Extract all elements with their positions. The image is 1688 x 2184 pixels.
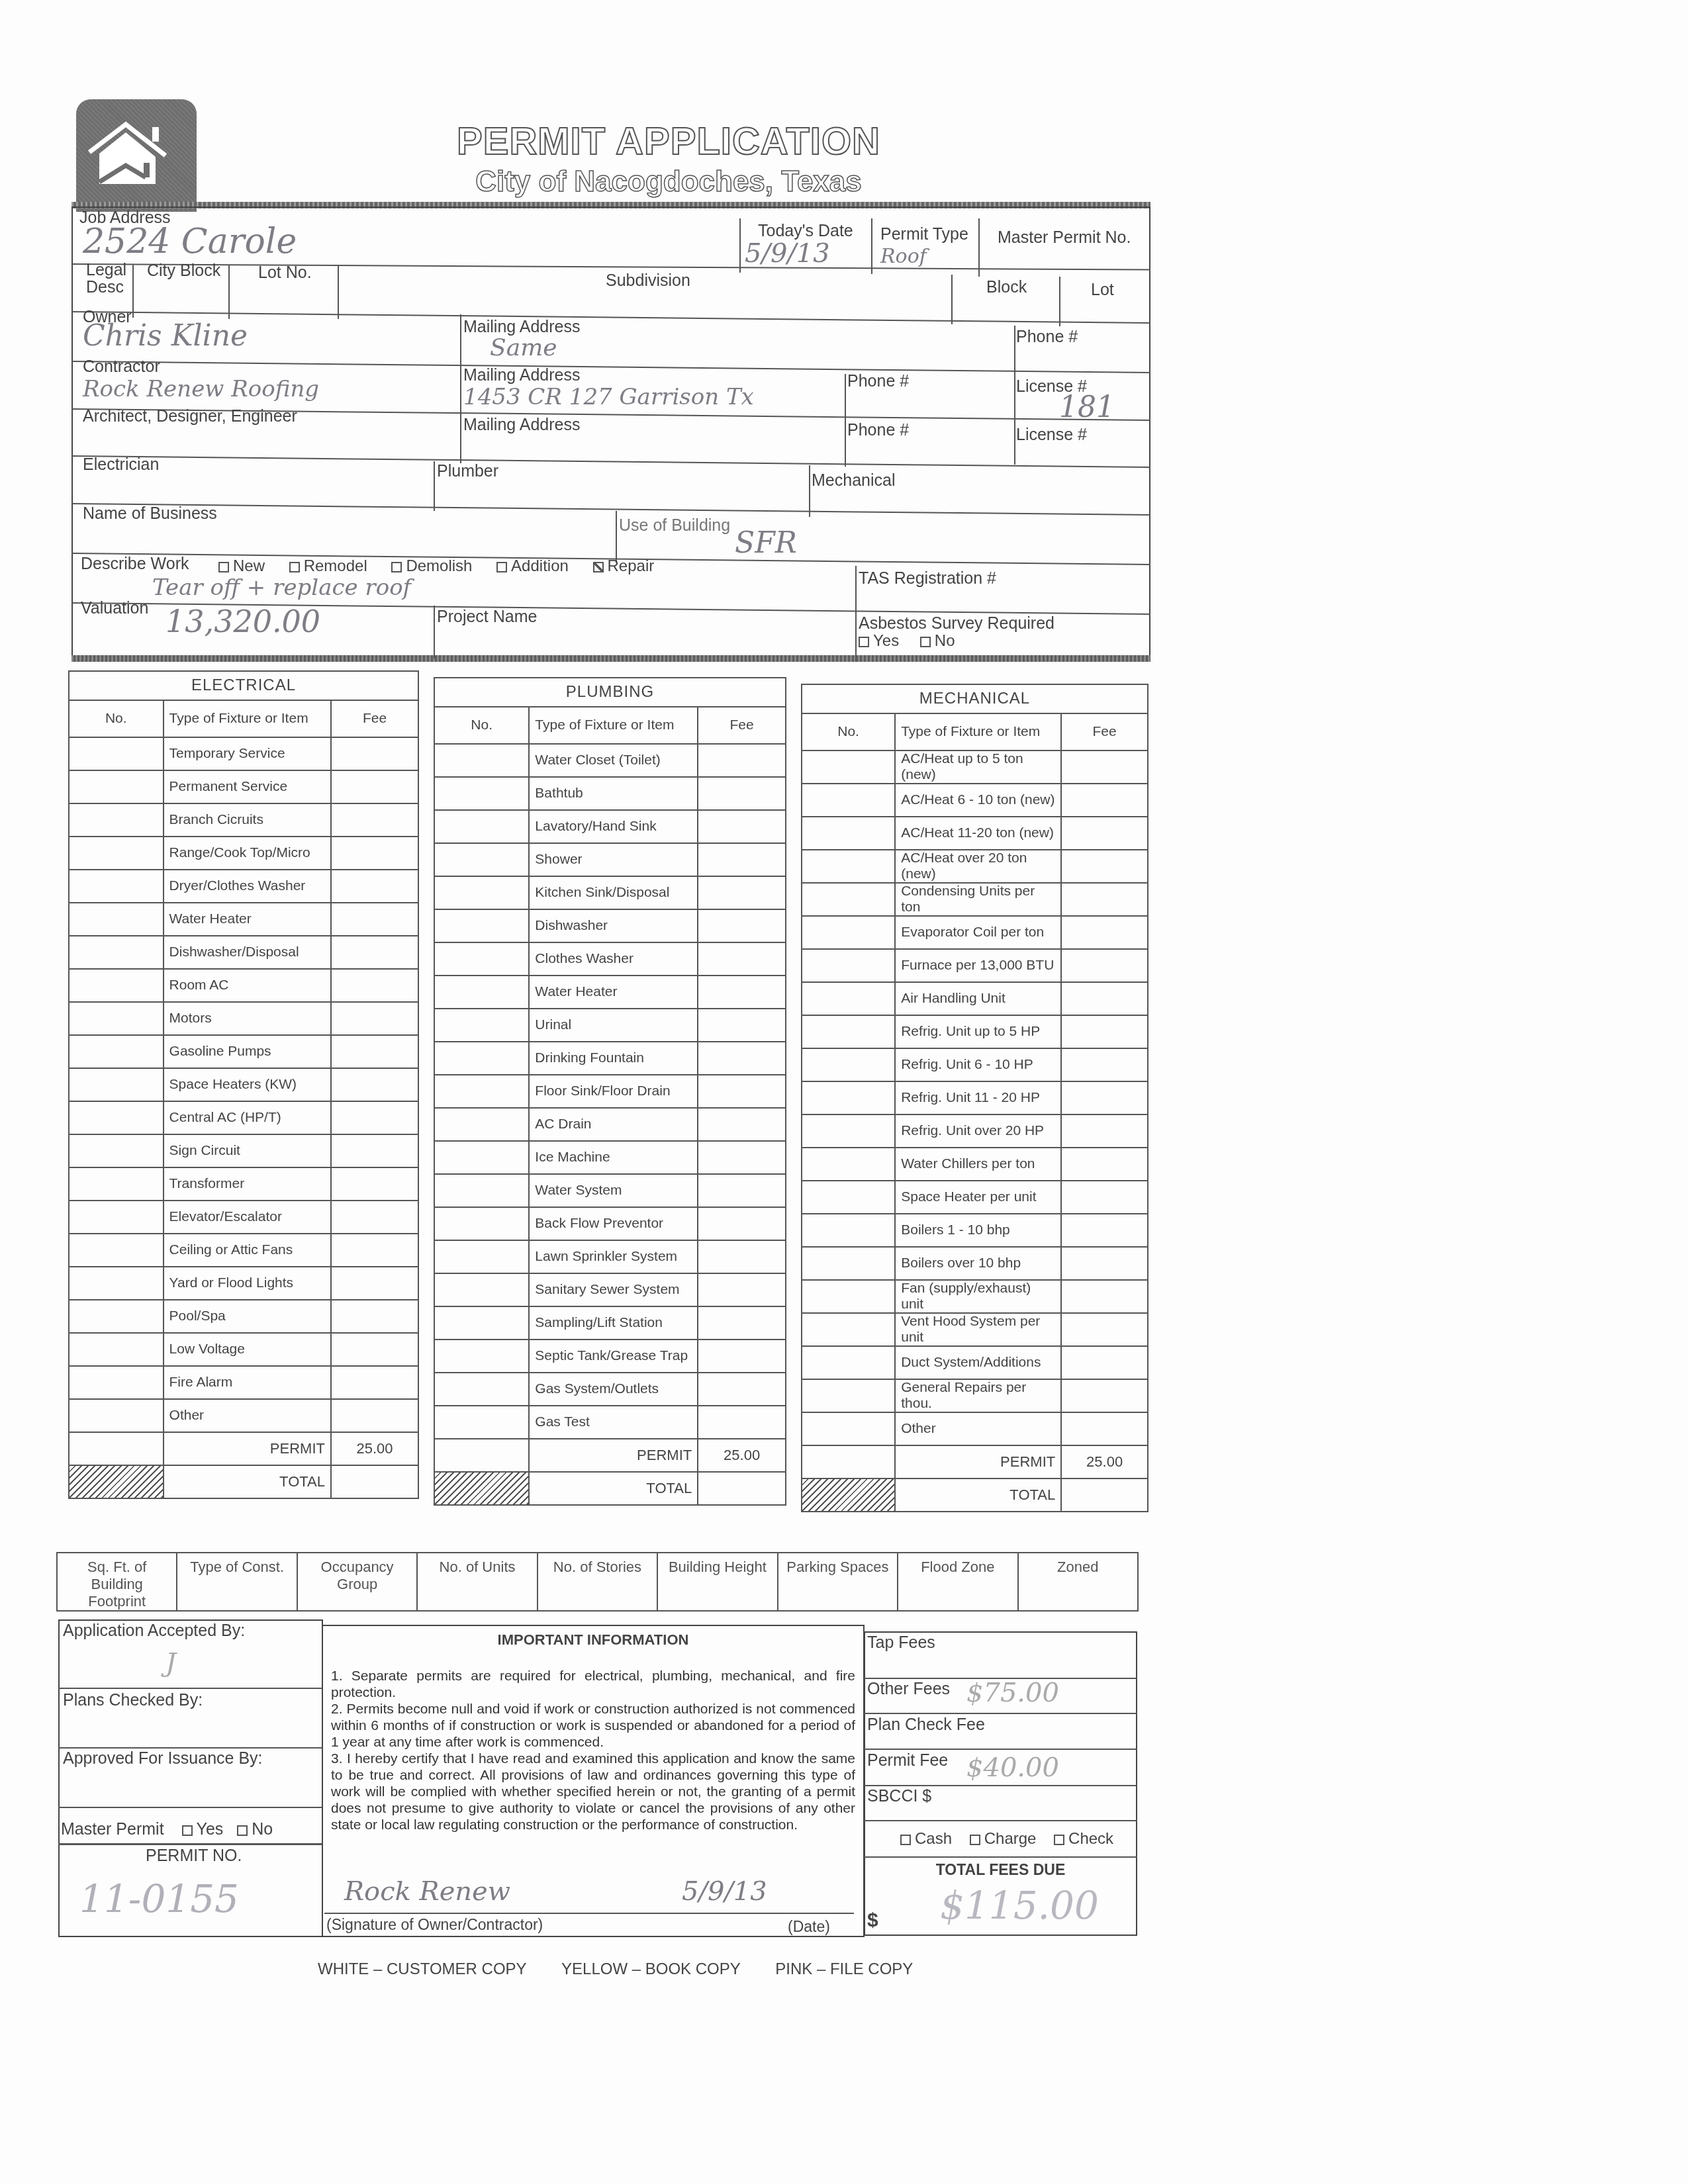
checkbox-icon xyxy=(1054,1835,1064,1845)
fixture-row: Sign Circuit xyxy=(69,1134,418,1167)
fixture-fee-field[interactable] xyxy=(698,1340,786,1373)
fixture-fee-field[interactable] xyxy=(698,1009,786,1042)
fixture-item-label: Condensing Units per ton xyxy=(895,883,1061,916)
master-permit-no-field[interactable] xyxy=(980,232,1145,271)
col-type-header: Type of Fixture or Item xyxy=(895,713,1061,751)
fixture-quantity-field[interactable] xyxy=(434,744,529,777)
fixture-fee-field[interactable] xyxy=(1061,817,1148,850)
fixture-item-label: Other xyxy=(895,1412,1061,1445)
fixture-item-label: Range/Cook Top/Micro xyxy=(164,837,331,870)
fixture-fee-field[interactable] xyxy=(698,1141,786,1174)
fixture-item-label: Branch Cicruits xyxy=(164,803,331,837)
fixture-fee-field[interactable] xyxy=(698,744,786,777)
valuation-field[interactable]: 13,320.00 xyxy=(165,604,320,639)
fixture-quantity-field[interactable] xyxy=(802,1247,895,1280)
permit-label: PERMIT xyxy=(164,1432,331,1465)
city-block-label: City Block xyxy=(147,261,220,281)
fixture-row: AC/Heat over 20 ton (new) xyxy=(802,850,1148,883)
fixture-fee-field[interactable] xyxy=(331,1201,418,1234)
block-label: Block xyxy=(986,278,1027,297)
fixture-quantity-field[interactable] xyxy=(69,1300,164,1333)
describe-work-field[interactable]: Tear off + replace roof xyxy=(152,574,411,601)
fixture-row: Central AC (HP/T) xyxy=(69,1101,418,1134)
fixture-row: Dishwasher xyxy=(434,909,786,942)
fixture-quantity-field[interactable] xyxy=(802,1346,895,1379)
todays-date-field[interactable]: 5/9/13 xyxy=(745,238,830,269)
fixture-row: Sanitary Sewer System xyxy=(434,1273,786,1306)
fixture-item-label: Refrig. Unit up to 5 HP xyxy=(895,1015,1061,1048)
fixture-fee-field[interactable] xyxy=(1061,1048,1148,1081)
building-info-field[interactable]: Building Height xyxy=(657,1553,777,1611)
fixture-quantity-field[interactable] xyxy=(802,1015,895,1048)
lot-no-label: Lot No. xyxy=(258,263,312,283)
fixture-fee-field[interactable] xyxy=(698,1306,786,1340)
architect-mailing-label: Mailing Address xyxy=(463,416,580,435)
fixture-fee-field[interactable] xyxy=(1061,784,1148,817)
fixture-fee-field[interactable] xyxy=(331,903,418,936)
fixture-quantity-field[interactable] xyxy=(802,1181,895,1214)
lot-label: Lot xyxy=(1091,281,1114,300)
fixture-fee-field[interactable] xyxy=(1061,1346,1148,1379)
fixture-quantity-field[interactable] xyxy=(434,1373,529,1406)
fixture-fee-field[interactable] xyxy=(1061,751,1148,784)
fixture-quantity-field[interactable] xyxy=(69,1366,164,1399)
fixture-quantity-field[interactable] xyxy=(434,777,529,810)
fixture-item-label: Transformer xyxy=(164,1167,331,1201)
fixture-fee-field[interactable] xyxy=(331,1399,418,1432)
fixture-item-label: AC Drain xyxy=(529,1108,698,1141)
contractor-mailing-label: Mailing Address xyxy=(463,366,580,385)
total-fee-field[interactable] xyxy=(1061,1479,1148,1512)
building-info-field[interactable]: Zoned xyxy=(1018,1553,1139,1611)
fixture-row: Shower xyxy=(434,843,786,876)
fixture-item-label: Gas System/Outlets xyxy=(529,1373,698,1406)
fixture-quantity-field[interactable] xyxy=(434,942,529,976)
fixture-quantity-field[interactable] xyxy=(434,1406,529,1439)
plan-check-fee-label: Plan Check Fee xyxy=(867,1715,985,1735)
fixture-quantity-field[interactable] xyxy=(69,770,164,803)
subdivision-label: Subdivision xyxy=(606,271,690,291)
accepted-by-label: Application Accepted By: xyxy=(63,1621,245,1641)
fixture-row: AC/Heat 11-20 ton (new) xyxy=(802,817,1148,850)
fixture-item-label: Permanent Service xyxy=(164,770,331,803)
fixture-quantity-field[interactable] xyxy=(434,1009,529,1042)
checkbox-icon xyxy=(970,1835,980,1845)
fixture-quantity-field[interactable] xyxy=(69,1035,164,1068)
fixture-row: AC/Heat 6 - 10 ton (new) xyxy=(802,784,1148,817)
fixture-quantity-field[interactable] xyxy=(69,1333,164,1366)
building-info-field[interactable]: No. of Stories xyxy=(538,1553,657,1611)
permit-no-label: PERMIT NO. xyxy=(146,1846,242,1866)
fixture-fee-field[interactable] xyxy=(331,770,418,803)
fixture-row: Septic Tank/Grease Trap xyxy=(434,1340,786,1373)
permit-fee-value: 25.00 xyxy=(1061,1445,1148,1479)
fixture-row: Gas Test xyxy=(434,1406,786,1439)
fixture-quantity-field[interactable] xyxy=(802,1214,895,1247)
fixture-row: Permanent Service xyxy=(69,770,418,803)
fixture-quantity-field[interactable] xyxy=(434,976,529,1009)
fixture-row: Vent Hood System per unit xyxy=(802,1313,1148,1346)
fixture-fee-field[interactable] xyxy=(331,1002,418,1035)
fixture-row: Pool/Spa xyxy=(69,1300,418,1333)
asbestos-no[interactable]: No xyxy=(920,632,955,650)
fixture-fee-field[interactable] xyxy=(1061,1015,1148,1048)
fixture-fee-field[interactable] xyxy=(1061,883,1148,916)
fixture-row: Sampling/Lift Station xyxy=(434,1306,786,1340)
fixture-row: AC Drain xyxy=(434,1108,786,1141)
fixture-quantity-field[interactable] xyxy=(802,1148,895,1181)
fixture-fee-field[interactable] xyxy=(1061,1181,1148,1214)
fixture-item-label: Gasoline Pumps xyxy=(164,1035,331,1068)
fixture-row: Boilers 1 - 10 bhp xyxy=(802,1214,1148,1247)
fixture-fee-field[interactable] xyxy=(698,1273,786,1306)
fixture-fee-field[interactable] xyxy=(331,837,418,870)
owner-phone-label: Phone # xyxy=(1016,328,1078,347)
col-fee-header: Fee xyxy=(698,707,786,744)
owner-field[interactable]: Chris Kline xyxy=(83,319,248,353)
col-type-header: Type of Fixture or Item xyxy=(164,700,331,737)
fixture-quantity-field[interactable] xyxy=(434,1273,529,1306)
master-permit-no[interactable]: No xyxy=(237,1820,273,1839)
fixture-quantity-field[interactable] xyxy=(434,1141,529,1174)
fixture-row: Gas System/Outlets xyxy=(434,1373,786,1406)
fixture-item-label: Motors xyxy=(164,1002,331,1035)
fixture-fee-field[interactable] xyxy=(698,1373,786,1406)
important-info-text: 1. Separate permits are required for ele… xyxy=(331,1668,855,1833)
building-info-field[interactable]: Type of Const. xyxy=(177,1553,297,1611)
fixture-fee-field[interactable] xyxy=(698,942,786,976)
fixture-fee-field[interactable] xyxy=(1061,1280,1148,1313)
fixture-row: Water Chillers per ton xyxy=(802,1148,1148,1181)
fixture-row: Dryer/Clothes Washer xyxy=(69,870,418,903)
checkbox-icon xyxy=(900,1835,911,1845)
fixture-fee-field[interactable] xyxy=(1061,1313,1148,1346)
architect-phone-label: Phone # xyxy=(847,421,909,440)
fixture-quantity-field[interactable] xyxy=(69,803,164,837)
fixture-row: Low Voltage xyxy=(69,1333,418,1366)
fixture-quantity-field[interactable] xyxy=(69,1267,164,1300)
fixture-row: Evaporator Coil per ton xyxy=(802,916,1148,949)
fixture-item-label: Evaporator Coil per ton xyxy=(895,916,1061,949)
total-fee-field[interactable] xyxy=(698,1472,786,1505)
fixture-fee-field[interactable] xyxy=(331,1068,418,1101)
fixture-row: Transformer xyxy=(69,1167,418,1201)
payment-check[interactable]: Check xyxy=(1054,1830,1113,1848)
fixture-fee-field[interactable] xyxy=(698,909,786,942)
col-no-header: No. xyxy=(69,700,164,737)
fixture-quantity-field[interactable] xyxy=(69,1399,164,1432)
fixture-quantity-field[interactable] xyxy=(434,909,529,942)
building-info-field[interactable]: Occupancy Group xyxy=(297,1553,417,1611)
total-row: TOTAL xyxy=(69,1465,418,1498)
fixture-fee-field[interactable] xyxy=(698,976,786,1009)
fixture-quantity-field[interactable] xyxy=(434,1042,529,1075)
fixture-quantity-field[interactable] xyxy=(802,1048,895,1081)
work-type-repair[interactable]: Repair xyxy=(593,557,655,575)
job-address-field[interactable]: 2524 Carole xyxy=(83,222,297,261)
fixture-quantity-field[interactable] xyxy=(802,1379,895,1412)
fixture-quantity-field[interactable] xyxy=(434,843,529,876)
fixture-item-label: AC/Heat 11-20 ton (new) xyxy=(895,817,1061,850)
fixture-row: Elevator/Escalator xyxy=(69,1201,418,1234)
project-name-label: Project Name xyxy=(437,608,537,627)
fixture-fee-field[interactable] xyxy=(331,1366,418,1399)
fixture-quantity-field[interactable] xyxy=(802,883,895,916)
fixture-fee-field[interactable] xyxy=(698,876,786,909)
building-info-field[interactable]: Flood Zone xyxy=(898,1553,1017,1611)
fixture-fee-field[interactable] xyxy=(331,969,418,1002)
fixture-quantity-field[interactable] xyxy=(434,1240,529,1273)
fixture-item-label: AC/Heat 6 - 10 ton (new) xyxy=(895,784,1061,817)
fixture-item-label: Elevator/Escalator xyxy=(164,1201,331,1234)
electrician-label: Electrician xyxy=(83,455,159,475)
describe-work-label: Describe Work xyxy=(81,555,189,574)
fixture-item-label: Dishwasher/Disposal xyxy=(164,936,331,969)
accepted-by-field[interactable]: J xyxy=(165,1648,176,1678)
fixture-row: Lawn Sprinkler System xyxy=(434,1240,786,1273)
fixture-fee-field[interactable] xyxy=(1061,949,1148,982)
fixture-fee-field[interactable] xyxy=(331,1035,418,1068)
fixture-quantity-field[interactable] xyxy=(69,969,164,1002)
checkbox-icon xyxy=(859,637,869,647)
fixture-row: Gasoline Pumps xyxy=(69,1035,418,1068)
contractor-mailing-field[interactable]: 1453 CR 127 Garrison Tx xyxy=(463,384,754,410)
fixture-quantity-field[interactable] xyxy=(802,1081,895,1115)
fixture-quantity-field[interactable] xyxy=(69,870,164,903)
fixture-fee-field[interactable] xyxy=(331,1167,418,1201)
fixture-fee-field[interactable] xyxy=(698,1174,786,1207)
fixture-row: Condensing Units per ton xyxy=(802,883,1148,916)
fixture-fee-field[interactable] xyxy=(1061,982,1148,1015)
payment-charge[interactable]: Charge xyxy=(970,1830,1037,1848)
fixture-fee-field[interactable] xyxy=(331,1300,418,1333)
building-info-field[interactable]: Parking Spaces xyxy=(778,1553,898,1611)
work-type-demolish[interactable]: Demolish xyxy=(391,557,472,575)
fixture-quantity-field[interactable] xyxy=(69,1134,164,1167)
fixture-fee-field[interactable] xyxy=(1061,1247,1148,1280)
payment-cash[interactable]: Cash xyxy=(900,1830,952,1848)
fixture-quantity-field[interactable] xyxy=(802,949,895,982)
tas-registration-label: TAS Registration # xyxy=(859,569,996,588)
fixture-row: Fan (supply/exhaust) unit xyxy=(802,1280,1148,1313)
fixture-quantity-field[interactable] xyxy=(69,1201,164,1234)
plumbing-title: PLUMBING xyxy=(434,678,786,707)
checkbox-icon xyxy=(496,562,507,572)
fixture-item-label: Refrig. Unit 11 - 20 HP xyxy=(895,1081,1061,1115)
fixture-quantity-field[interactable] xyxy=(802,1412,895,1445)
fixture-fee-field[interactable] xyxy=(331,1333,418,1366)
permit-row: PERMIT25.00 xyxy=(69,1432,418,1465)
fixture-item-label: Boilers over 10 bhp xyxy=(895,1247,1061,1280)
fixture-quantity-field[interactable] xyxy=(802,817,895,850)
building-info-field[interactable]: Sq. Ft. of Building Footprint xyxy=(57,1553,177,1611)
fixture-quantity-field[interactable] xyxy=(434,1340,529,1373)
fixture-item-label: General Repairs per thou. xyxy=(895,1379,1061,1412)
fixture-row: Bathtub xyxy=(434,777,786,810)
fixture-fee-field[interactable] xyxy=(331,870,418,903)
fixture-fee-field[interactable] xyxy=(1061,850,1148,883)
checkbox-checked-icon xyxy=(593,562,604,572)
fixture-quantity-field[interactable] xyxy=(434,1075,529,1108)
work-type-new[interactable]: New xyxy=(218,557,265,575)
fixture-row: Refrig. Unit over 20 HP xyxy=(802,1115,1148,1148)
work-type-remodel[interactable]: Remodel xyxy=(289,557,367,575)
fixture-row: Furnace per 13,000 BTU xyxy=(802,949,1148,982)
signature-date-field[interactable]: 5/9/13 xyxy=(682,1876,767,1907)
owner-mailing-field[interactable]: Same xyxy=(490,334,557,361)
fixture-item-label: Fan (supply/exhaust) unit xyxy=(895,1280,1061,1313)
fixture-item-label: Back Flow Preventor xyxy=(529,1207,698,1240)
fixture-item-label: Sign Circuit xyxy=(164,1134,331,1167)
fixture-fee-field[interactable] xyxy=(331,737,418,770)
building-info-field[interactable]: No. of Units xyxy=(417,1553,537,1611)
fixture-item-label: Water Heater xyxy=(164,903,331,936)
work-type-addition[interactable]: Addition xyxy=(496,557,569,575)
permit-fee-label: Permit Fee xyxy=(867,1751,948,1770)
fixture-row: Other xyxy=(802,1412,1148,1445)
fixture-quantity-field[interactable] xyxy=(434,1207,529,1240)
electrical-title: ELECTRICAL xyxy=(69,671,418,700)
checkbox-icon xyxy=(218,562,229,572)
fixture-fee-field[interactable] xyxy=(1061,1412,1148,1445)
fixture-quantity-field[interactable] xyxy=(69,737,164,770)
fixture-fee-field[interactable] xyxy=(698,1406,786,1439)
checkbox-icon xyxy=(237,1825,248,1836)
fixture-fee-field[interactable] xyxy=(1061,1081,1148,1115)
date-label: (Date) xyxy=(788,1918,830,1936)
fixture-quantity-field[interactable] xyxy=(69,1167,164,1201)
fixture-item-label: Central AC (HP/T) xyxy=(164,1101,331,1134)
page-subtitle: City of Nacogdoches, Texas xyxy=(371,165,966,199)
fixture-fee-field[interactable] xyxy=(331,803,418,837)
fixture-quantity-field[interactable] xyxy=(434,876,529,909)
fixture-quantity-field[interactable] xyxy=(802,1280,895,1313)
fixture-quantity-field[interactable] xyxy=(434,810,529,843)
fixture-item-label: Space Heater per unit xyxy=(895,1181,1061,1214)
signature-label: (Signature of Owner/Contractor) xyxy=(326,1916,543,1934)
fixture-item-label: Refrig. Unit over 20 HP xyxy=(895,1115,1061,1148)
fixture-fee-field[interactable] xyxy=(698,777,786,810)
fixture-quantity-field[interactable] xyxy=(802,751,895,784)
fixture-quantity-field[interactable] xyxy=(434,1306,529,1340)
fixture-fee-field[interactable] xyxy=(698,1240,786,1273)
fixture-row: Water Closet (Toilet) xyxy=(434,744,786,777)
fixture-row: Duct System/Additions xyxy=(802,1346,1148,1379)
permit-fee-value: 25.00 xyxy=(331,1432,418,1465)
fixture-quantity-field[interactable] xyxy=(802,1115,895,1148)
fixture-quantity-field[interactable] xyxy=(802,916,895,949)
hatched-cell xyxy=(802,1479,895,1512)
city-logo xyxy=(76,99,197,212)
permit-no-field[interactable]: 11-0155 xyxy=(79,1876,239,1921)
fixture-item-label: Water System xyxy=(529,1174,698,1207)
fixture-quantity-field[interactable] xyxy=(69,1234,164,1267)
fixture-item-label: Room AC xyxy=(164,969,331,1002)
master-permit-yes[interactable]: Yes xyxy=(182,1820,224,1839)
fixture-item-label: AC/Heat up to 5 ton (new) xyxy=(895,751,1061,784)
fixture-item-label: Shower xyxy=(529,843,698,876)
total-row: TOTAL xyxy=(802,1479,1148,1512)
building-info-table: Sq. Ft. of Building FootprintType of Con… xyxy=(56,1552,1139,1612)
checkbox-icon xyxy=(391,562,402,572)
page-title: PERMIT APPLICATION xyxy=(371,119,966,163)
fixture-row: Kitchen Sink/Disposal xyxy=(434,876,786,909)
other-fees-field[interactable]: $75.00 xyxy=(966,1678,1059,1708)
use-of-building-field[interactable]: SFR xyxy=(735,526,797,560)
fixture-item-label: Water Heater xyxy=(529,976,698,1009)
fixture-item-label: Ice Machine xyxy=(529,1141,698,1174)
fixture-quantity-field[interactable] xyxy=(802,982,895,1015)
fixture-fee-field[interactable] xyxy=(331,1101,418,1134)
fixture-row: Dishwasher/Disposal xyxy=(69,936,418,969)
fixture-fee-field[interactable] xyxy=(698,810,786,843)
fixture-fee-field[interactable] xyxy=(331,1134,418,1167)
fixture-quantity-field[interactable] xyxy=(69,1101,164,1134)
business-name-label: Name of Business xyxy=(83,504,217,523)
fixture-fee-field[interactable] xyxy=(1061,1115,1148,1148)
total-fees-due-label: TOTAL FEES DUE xyxy=(864,1861,1137,1879)
asbestos-yes[interactable]: Yes xyxy=(859,632,899,650)
fixture-fee-field[interactable] xyxy=(698,1075,786,1108)
fixture-fee-field[interactable] xyxy=(1061,916,1148,949)
contractor-phone-label: Phone # xyxy=(847,372,909,391)
fixture-quantity-field[interactable] xyxy=(69,837,164,870)
fixture-item-label: Lawn Sprinkler System xyxy=(529,1240,698,1273)
total-fee-field[interactable] xyxy=(331,1465,418,1498)
fixture-row: Floor Sink/Floor Drain xyxy=(434,1075,786,1108)
fixture-quantity-field[interactable] xyxy=(69,936,164,969)
architect-license-label: License # xyxy=(1016,426,1087,445)
permit-type-field[interactable]: Roof xyxy=(880,245,927,268)
fixture-row: Urinal xyxy=(434,1009,786,1042)
fixture-fee-field[interactable] xyxy=(1061,1148,1148,1181)
permit-row: PERMIT25.00 xyxy=(802,1445,1148,1479)
contractor-field[interactable]: Rock Renew Roofing xyxy=(83,376,319,402)
fixture-item-label: Lavatory/Hand Sink xyxy=(529,810,698,843)
fixture-quantity-field[interactable] xyxy=(802,850,895,883)
permit-fee-field[interactable]: $40.00 xyxy=(966,1752,1059,1783)
fixture-fee-field[interactable] xyxy=(331,1267,418,1300)
hatched-cell xyxy=(434,1472,529,1505)
fixture-item-label: Fire Alarm xyxy=(164,1366,331,1399)
fixture-quantity-field[interactable] xyxy=(69,1002,164,1035)
fixture-fee-field[interactable] xyxy=(698,1108,786,1141)
fixture-quantity-field[interactable] xyxy=(434,1174,529,1207)
fixture-fee-field[interactable] xyxy=(698,843,786,876)
tap-fees-label: Tap Fees xyxy=(867,1633,935,1653)
fixture-item-label: Other xyxy=(164,1399,331,1432)
fixture-quantity-field[interactable] xyxy=(69,903,164,936)
fixture-item-label: Drinking Fountain xyxy=(529,1042,698,1075)
fixture-fee-field[interactable] xyxy=(1061,1214,1148,1247)
signature-field[interactable]: Rock Renew xyxy=(344,1876,510,1907)
fixture-row: Temporary Service xyxy=(69,737,418,770)
fixture-row: Clothes Washer xyxy=(434,942,786,976)
fixture-fee-field[interactable] xyxy=(331,1234,418,1267)
fixture-fee-field[interactable] xyxy=(698,1042,786,1075)
fixture-fee-field[interactable] xyxy=(331,936,418,969)
total-fees-due-field[interactable]: $115.00 xyxy=(940,1883,1099,1928)
fixture-quantity-field[interactable] xyxy=(69,1068,164,1101)
fixture-fee-field[interactable] xyxy=(1061,1379,1148,1412)
fixture-row: Branch Cicruits xyxy=(69,803,418,837)
fixture-item-label: Low Voltage xyxy=(164,1333,331,1366)
fixture-quantity-field[interactable] xyxy=(802,784,895,817)
fixture-quantity-field[interactable] xyxy=(802,1313,895,1346)
fixture-fee-field[interactable] xyxy=(698,1207,786,1240)
fixture-quantity-field[interactable] xyxy=(434,1108,529,1141)
hatched-cell xyxy=(69,1465,164,1498)
